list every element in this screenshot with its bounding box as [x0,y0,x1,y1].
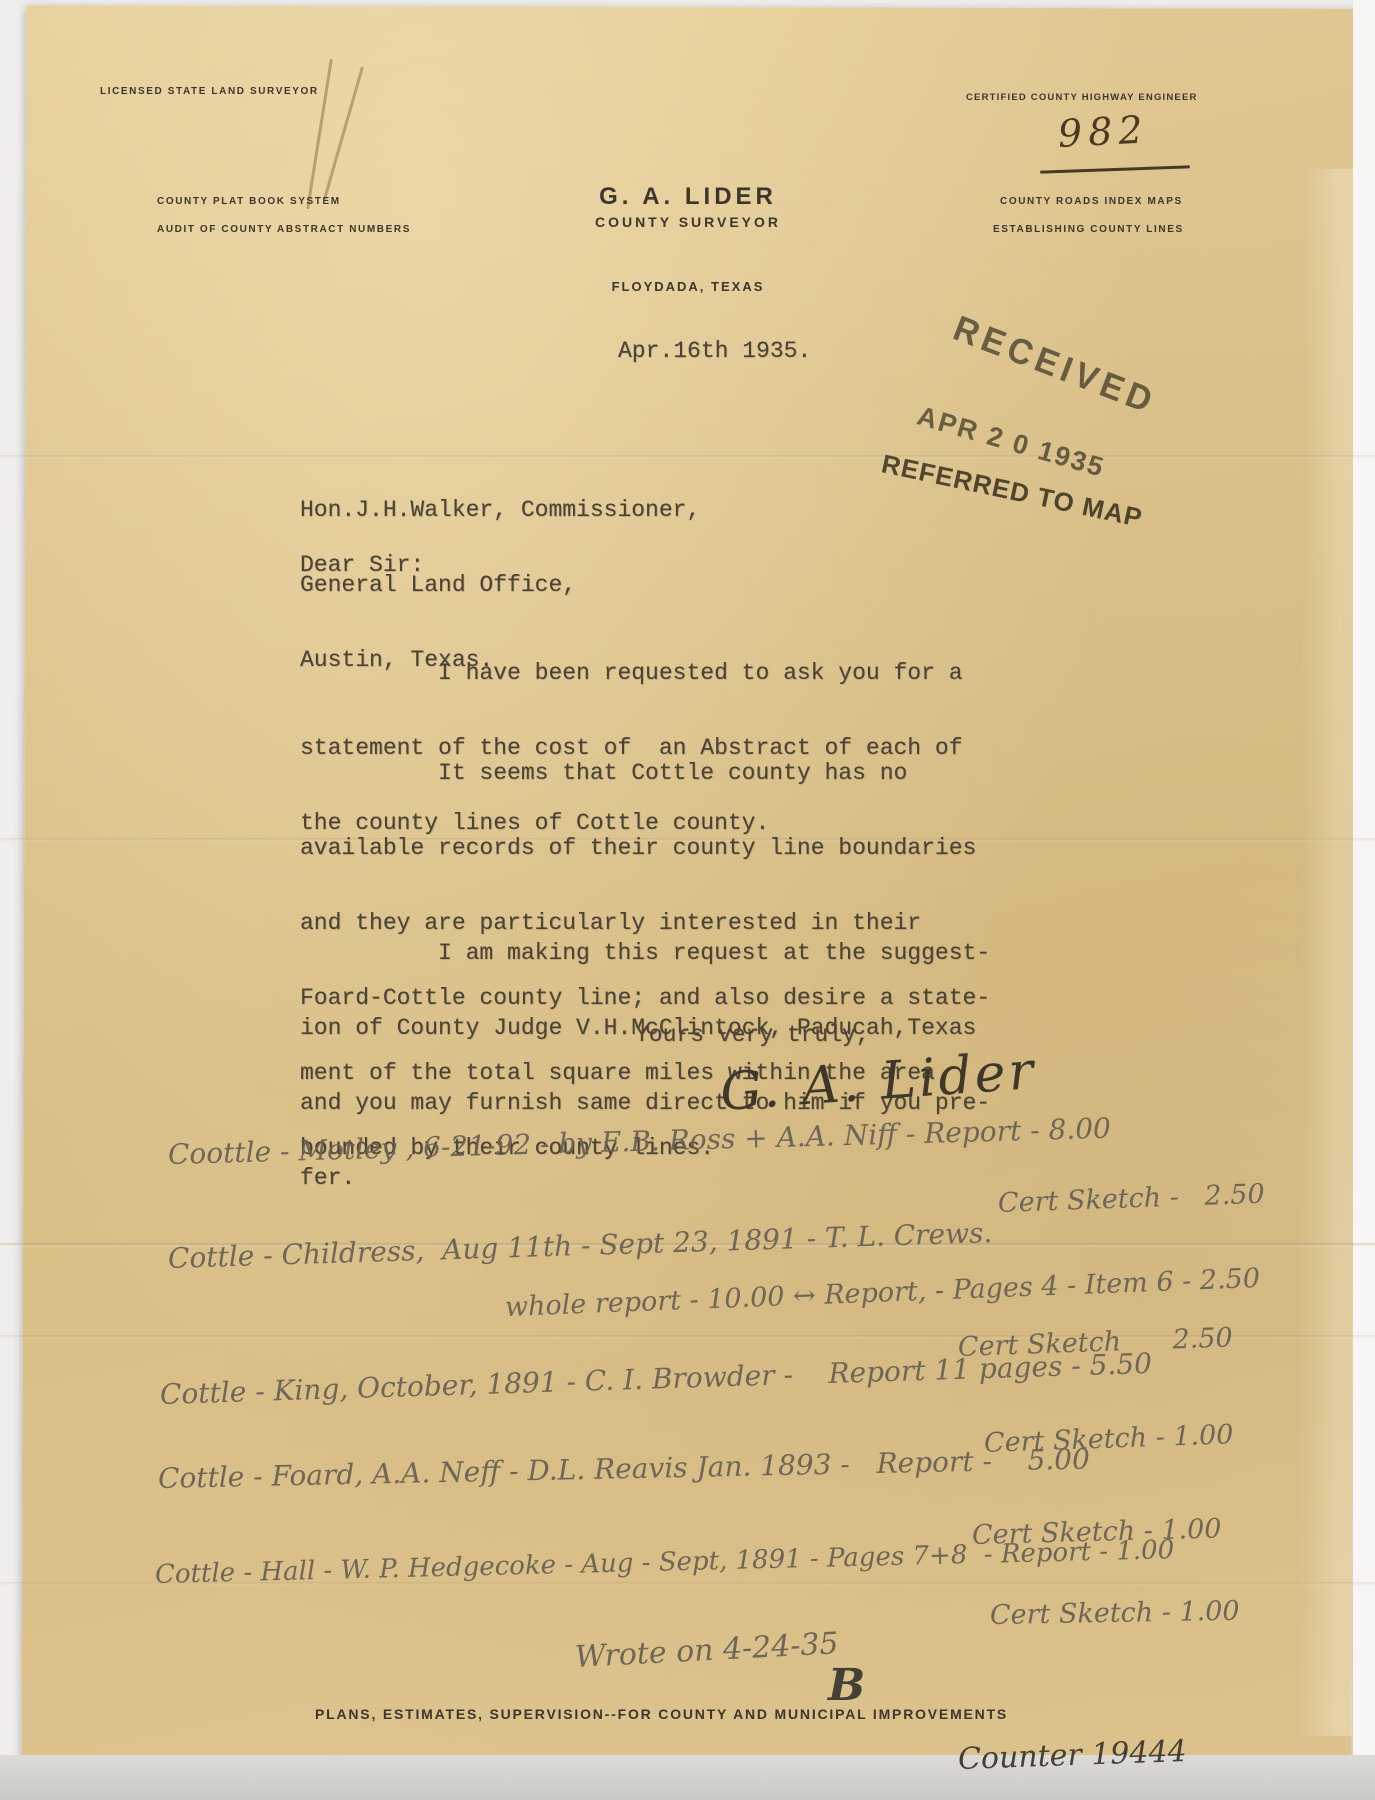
letterhead-title: COUNTY SURVEYOR [595,214,781,230]
typed-line: available records of their county line b… [300,837,990,860]
clerk-initial: B [828,1660,865,1711]
letter-date: Apr.16th 1935. [618,338,811,364]
address-line: Hon.J.H.Walker, Commissioner, [300,499,700,522]
letterhead-right-line-1: COUNTY ROADS INDEX MAPS [1000,196,1183,207]
typed-line: fer. [300,1167,990,1190]
letterhead-footer: PLANS, ESTIMATES, SUPERVISION--FOR COUNT… [315,1706,1008,1722]
file-number-annotation: 982 [1057,107,1150,156]
salutation: Dear Sir: [300,552,424,578]
letterhead-top-right: CERTIFIED COUNTY HIGHWAY ENGINEER [966,92,1198,103]
letterhead-name: G. A. LIDER [599,183,777,210]
letterhead-top-left: LICENSED STATE LAND SURVEYOR [100,86,319,97]
letterhead-left-line-1: COUNTY PLAT BOOK SYSTEM [157,196,341,207]
scanned-letter-page: { "colors": { "paper": "#dcc28c", "typew… [0,0,1375,1800]
letterhead-right-line-2: ESTABLISHING COUNTY LINES [993,224,1184,235]
closing: Yours very truly, [635,1022,870,1048]
typed-line: I am making this request at the suggest- [300,942,990,965]
scanner-background-right [1353,0,1375,1800]
letterhead-left-line-2: AUDIT OF COUNTY ABSTRACT NUMBERS [157,224,411,235]
typed-line: I have been requested to ask you for a [300,662,963,685]
note-line-hall-sketch: Cert Sketch - 1.00 [990,1596,1240,1631]
typed-line: It seems that Cottle county has no [300,762,990,785]
letterhead-city: FLOYDADA, TEXAS [612,279,765,294]
